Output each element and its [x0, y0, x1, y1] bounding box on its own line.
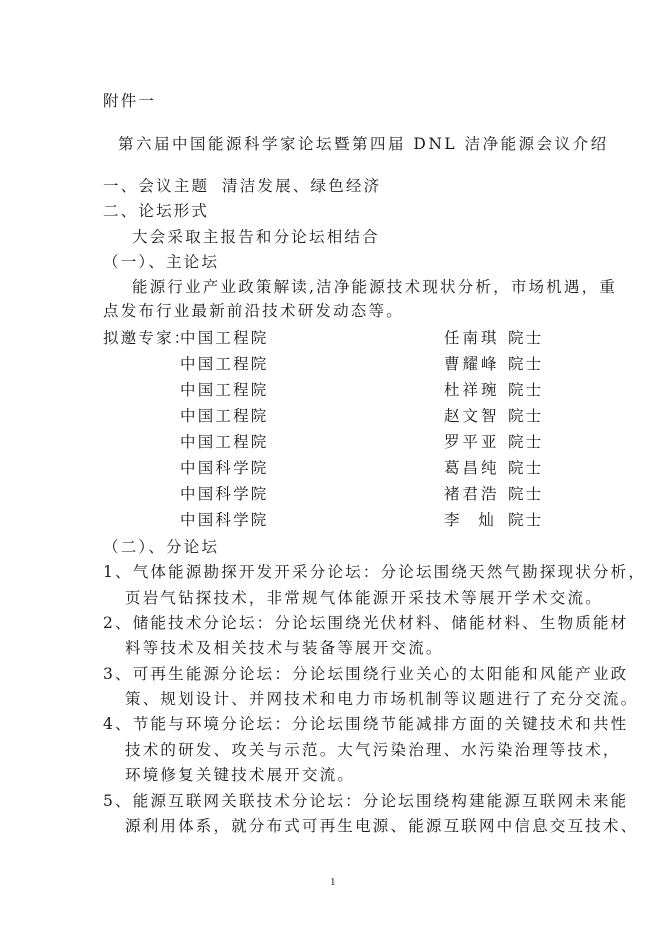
expert-name: 褚君浩	[444, 482, 500, 504]
expert-name: 葛昌纯	[444, 456, 500, 478]
expert-title: 院士	[508, 352, 543, 374]
sub-forum-1-line1: 1、气体能源勘探开发开采分论坛：分论坛围绕天然气勘探现状分析，	[103, 562, 646, 582]
expert-name: 任南琪	[444, 326, 500, 348]
main-forum-desc-line2: 点发布行业最新前沿技术研发动态等。	[103, 301, 404, 321]
expert-title: 院士	[508, 482, 543, 504]
expert-title: 院士	[508, 326, 543, 348]
expert-name: 赵文智	[444, 404, 500, 426]
sub-forum-2-line2: 料等技术及相关技术与装备等展开交流。	[125, 638, 444, 658]
sub-forum-4-line1: 4、节能与环境分论坛：分论坛围绕节能减排方面的关键技术和共性	[103, 714, 628, 734]
expert-org: 中国工程院	[180, 404, 269, 426]
expert-name: 李 灿	[444, 508, 497, 530]
expert-title: 院士	[508, 430, 543, 452]
sub-forums-heading: （二）、分论坛	[103, 537, 219, 557]
attachment-label: 附件一	[103, 91, 156, 111]
experts-label: 拟邀专家：	[103, 326, 192, 348]
page-number: 1	[330, 876, 336, 888]
section1-heading: 一、会议主题	[103, 176, 209, 196]
expert-row: 中国工程院 曹耀峰 院士	[103, 352, 573, 372]
sub-forum-4-line3: 环境修复关键技术展开交流。	[125, 765, 355, 785]
expert-org: 中国工程院	[180, 430, 269, 452]
sub-forum-3-line1: 3、可再生能源分论坛：分论坛围绕行业关心的太阳能和风能产业政	[103, 664, 628, 684]
expert-row: 中国科学院 葛昌纯 院士	[103, 456, 573, 476]
section1-content: 清洁发展、绿色经济	[222, 176, 381, 196]
expert-org: 中国工程院	[180, 326, 269, 348]
document-title: 第六届中国能源科学家论坛暨第四届 DNL 洁净能源会议介绍	[118, 134, 609, 154]
expert-org: 中国科学院	[180, 508, 269, 530]
main-forum-heading: （一）、主论坛	[103, 252, 219, 272]
expert-title: 院士	[508, 508, 543, 530]
sub-forum-2-line1: 2、储能技术分论坛：分论坛围绕光伏材料、储能材料、生物质能材	[103, 613, 628, 633]
expert-name: 杜祥琬	[444, 378, 500, 400]
main-forum-desc-line1: 能源行业产业政策解读,洁净能源技术现状分析，市场机遇，重	[132, 277, 617, 297]
expert-row: 中国科学院 李 灿 院士	[103, 508, 573, 528]
expert-org: 中国科学院	[180, 456, 269, 478]
sub-forum-4-line2: 技术的研发、攻关与示范。大气污染治理、水污染治理等技术，	[125, 740, 621, 760]
sub-forum-1-line2: 页岩气钻探技术，非常规气体能源开采技术等展开学术交流。	[125, 588, 603, 608]
expert-org: 中国科学院	[180, 482, 269, 504]
expert-org: 中国工程院	[180, 378, 269, 400]
expert-title: 院士	[508, 456, 543, 478]
expert-name: 曹耀峰	[444, 352, 500, 374]
expert-row: 中国工程院 赵文智 院士	[103, 404, 573, 424]
expert-title: 院士	[508, 378, 543, 400]
expert-name: 罗平亚	[444, 430, 500, 452]
sub-forum-5-line1: 5、能源互联网关联技术分论坛：分论坛围绕构建能源互联网未来能	[103, 791, 628, 811]
expert-row: 中国工程院 罗平亚 院士	[103, 430, 573, 450]
sub-forum-3-line2: 策、规划设计、并网技术和电力市场机制等议题进行了充分交流。	[125, 689, 638, 709]
sub-forum-5-line2: 源利用体系，就分布式可再生电源、能源互联网中信息交互技术、	[125, 816, 638, 836]
expert-title: 院士	[508, 404, 543, 426]
section2-intro: 大会采取主报告和分论坛相结合	[132, 227, 380, 247]
expert-row: 中国科学院 褚君浩 院士	[103, 482, 573, 502]
expert-org: 中国工程院	[180, 352, 269, 374]
document-page: 附件一 第六届中国能源科学家论坛暨第四届 DNL 洁净能源会议介绍 一、会议主题…	[0, 0, 666, 942]
expert-row: 中国工程院 杜祥琬 院士	[103, 378, 573, 398]
section2-heading: 二、论坛形式	[103, 201, 209, 221]
expert-row: 拟邀专家： 中国工程院 任南琪 院士	[103, 326, 573, 346]
